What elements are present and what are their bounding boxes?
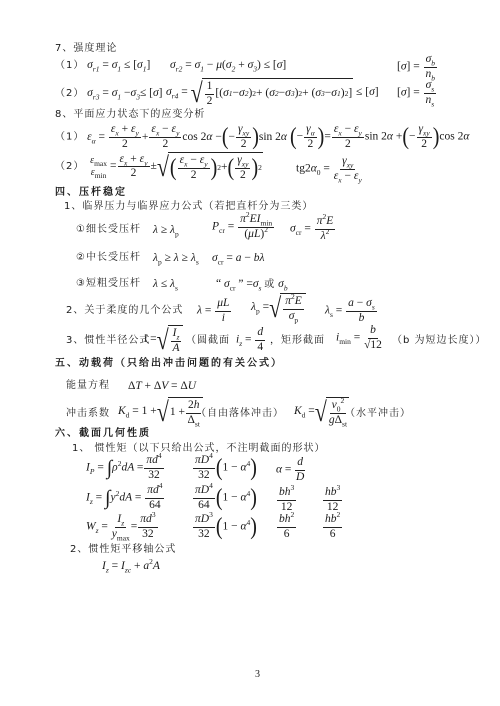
or-label: 或 [264,279,275,290]
sec8-formula-row-1: （1） εα = εx + εy2+εx − εy2cos 2α −(−γxy2… [55,124,287,150]
formula-parallel-axis: Iz = Izc + a2A [102,561,160,573]
formula-wz-rect-hb2: hb26 [322,514,343,540]
circle-section-label: （圆截面 [186,336,230,346]
formula-kd-horizontal: Kd =√v02gΔst [294,397,349,426]
formula-tg2alpha0: tg2α0 = γxyεx − εy [296,156,363,182]
formula-imin-rect: imin = b√12 [336,325,383,351]
intermediate-condition: λp ≥ λ ≥ λs [153,253,199,265]
sec8-formula-row-2: （2） εmaxεmin=εx + εy2±√(εx − εy2)2 +(γxy… [55,152,263,181]
sec6-sub2-title: 2、惯性矩平移轴公式 [70,545,176,555]
section-8-title: 8、平面应力状态下的应变分析 [55,110,205,120]
intermediate-column-label: ②中长受压杆 [76,253,141,263]
formula-lambda-p: λp =√π2Eσp [251,293,306,322]
formula-polar-moment: IP = ∫ρ2dA =πd432 [86,455,165,481]
horizontal-note: （水平冲击） [345,409,411,419]
formula-allowable-ductile: [σ] = σsns [397,80,437,106]
formula-iz-hollow: πD464(1 − α4) [192,485,257,511]
formula-allowable-brittle: [σ] = σbnb [397,54,438,80]
short-condition: λ ≤ λs [153,279,178,291]
formula-energy: ΔT + ΔV = ΔU [128,381,196,393]
formula-iz-moment: Iz = ∫y2dA = πd464 [86,485,165,511]
formula-lambda-s: λs = a − σsb [325,298,378,324]
section-7-title: 7、强度理论 [55,44,117,54]
formula-sigma-r3: σr3 = σ1 −σ3≤ [σ] [87,87,162,99]
formula-alpha-ratio: α = dD [276,457,306,483]
energy-equation-label: 能量方程 [66,381,110,391]
formula-polar-moment-hollow: πD432(1 − α4) [192,455,257,481]
formula-sigma-cr-short: “ σcr ” =σs 或 σb [216,279,288,291]
sec7-formula-row-1: （1） σr1 = σ1 ≤ [σ1] [55,60,150,72]
formula-sigma-cr-euler: σcr = π2Eλ2 [290,216,336,242]
impact-factor-label: 冲击系数 [66,409,110,419]
formula-lambda: λ = μLi [197,298,232,324]
formula-radius-gyration: i =√IzA [144,325,183,354]
section-6-title: 六、截面几何性质 [55,429,151,439]
sec4-sub3-title: 3、惯性半径公式 [66,336,150,346]
item-label: （2） [55,88,84,99]
slender-condition: λ ≥ λp [153,225,179,237]
formula-eps-max-min: εmaxεmin=εx + εy2±√(εx − εy2)2 +(γxy2)2 [87,160,263,172]
sec6-sub1-title: 1、 惯性矩（以下只给出公式，不注明截面的形状） [72,444,326,454]
sec4-sub2-title: 2、关于柔度的几个公式 [66,306,183,316]
free-fall-note: （自由落体冲击） [196,409,284,419]
formula-pcr: Pcr = π2EImin(μL)2 [212,214,275,240]
formula-iz-circle: iz = d4 [236,327,266,353]
section-4-title: 四、压杆稳定 [55,188,127,198]
formula-sigma-cr-linear: σcr = a − bλ [212,253,264,265]
formula-iz-rect-bh3: bh312 [276,487,297,513]
sec7-formula-row-2: （2） σr3 = σ1 −σ3≤ [σ] [55,88,162,100]
formula-sigma-r2: σr2 = σ1 − μ(σ2 + σ3) ≤ [σ] [170,60,286,72]
formula-sigma-r1: σr1 = σ1 ≤ [σ1] [87,59,150,71]
rect-section-label: ，矩形截面 [270,336,325,346]
formula-iz-rect-hb3: hb312 [322,487,343,513]
formula-section-modulus: Wz = Izymax=πd332 [86,514,159,540]
rect-note: （b 为短边长度）） [392,336,487,346]
page-number: 3 [255,670,260,680]
section-5-title: 五、动载荷（只给出冲击问题的有关公式） [55,359,283,369]
item-label: （1） [55,60,84,71]
formula-eps-alpha: εα = εx + εy2+εx − εy2cos 2α −(−γxy2)sin… [87,131,287,143]
formula-section-modulus-hollow: πD332(1 − α4) [192,514,257,540]
formula-sigma-r4: σr4 = √12[(σ1 − σ2)2 + (σ2 − σ3)2 + (σ3 … [166,78,379,107]
sec4-sub1-title: 1、临界压力与临界应力公式（若把直杆分为三类） [64,202,313,212]
item-label: （2） [55,161,84,172]
item-label: （1） [55,132,84,143]
short-column-label: ③短粗受压杆 [76,279,141,289]
formula-kd-free-fall: Kd = 1 +√1 +2hΔst [118,397,203,426]
slender-column-label: ①细长受压杆 [76,225,141,235]
formula-gamma-alpha: (−γα2)=εx − εy2sin 2α +(−γxy2)cos 2α [290,124,469,150]
formula-wz-rect-bh2: bh26 [276,514,297,540]
